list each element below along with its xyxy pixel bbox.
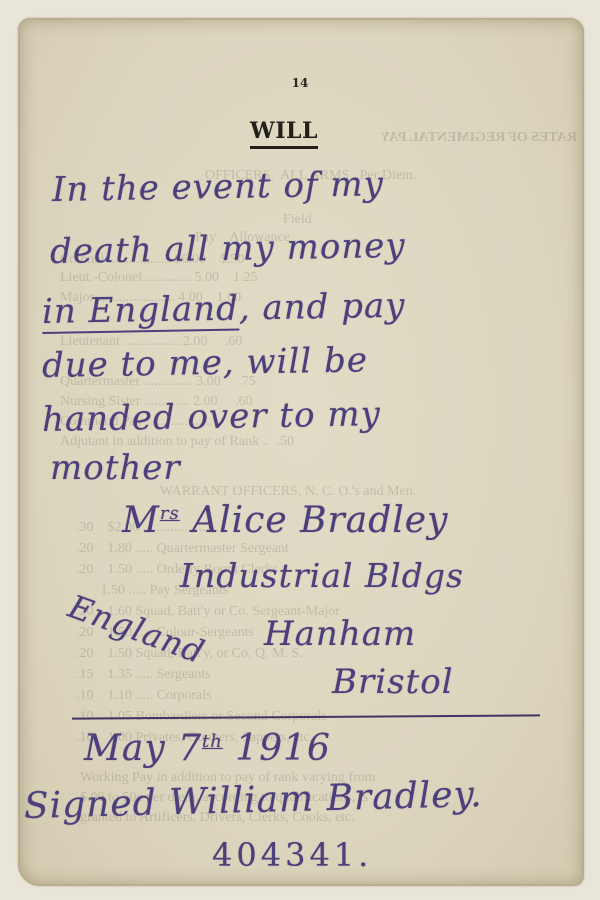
- line3-rest: , and pay: [238, 286, 405, 329]
- recipient-prefix: M: [122, 500, 160, 541]
- page-title: WILL: [250, 118, 318, 149]
- will-line-2: death all my money: [50, 226, 406, 272]
- date-year: 1916: [223, 728, 331, 769]
- recipient-name: Mrs Alice Bradley: [122, 500, 448, 541]
- page-number: 14: [0, 76, 600, 90]
- recipient-prefix-sup: rs: [160, 503, 180, 524]
- will-line-1: In the event of my: [52, 164, 384, 210]
- will-line-6: mother: [50, 448, 181, 488]
- address-line-3: Bristol: [332, 662, 454, 702]
- address-line-2: Hanham: [264, 614, 416, 654]
- recipient-fullname: Alice Bradley: [180, 500, 449, 541]
- will-line-5: handed over to my: [42, 394, 381, 440]
- underlined-england: in England: [42, 289, 240, 334]
- address-line-1: Industrial Bldgs: [180, 556, 464, 595]
- service-number: 404341.: [212, 836, 372, 874]
- will-line-4: due to me, will be: [42, 340, 369, 386]
- will-date: May 7th 1916: [84, 728, 331, 769]
- date-month: May 7: [84, 728, 202, 769]
- date-suffix: th: [202, 731, 223, 752]
- will-line-3: in England, and pay: [42, 286, 406, 332]
